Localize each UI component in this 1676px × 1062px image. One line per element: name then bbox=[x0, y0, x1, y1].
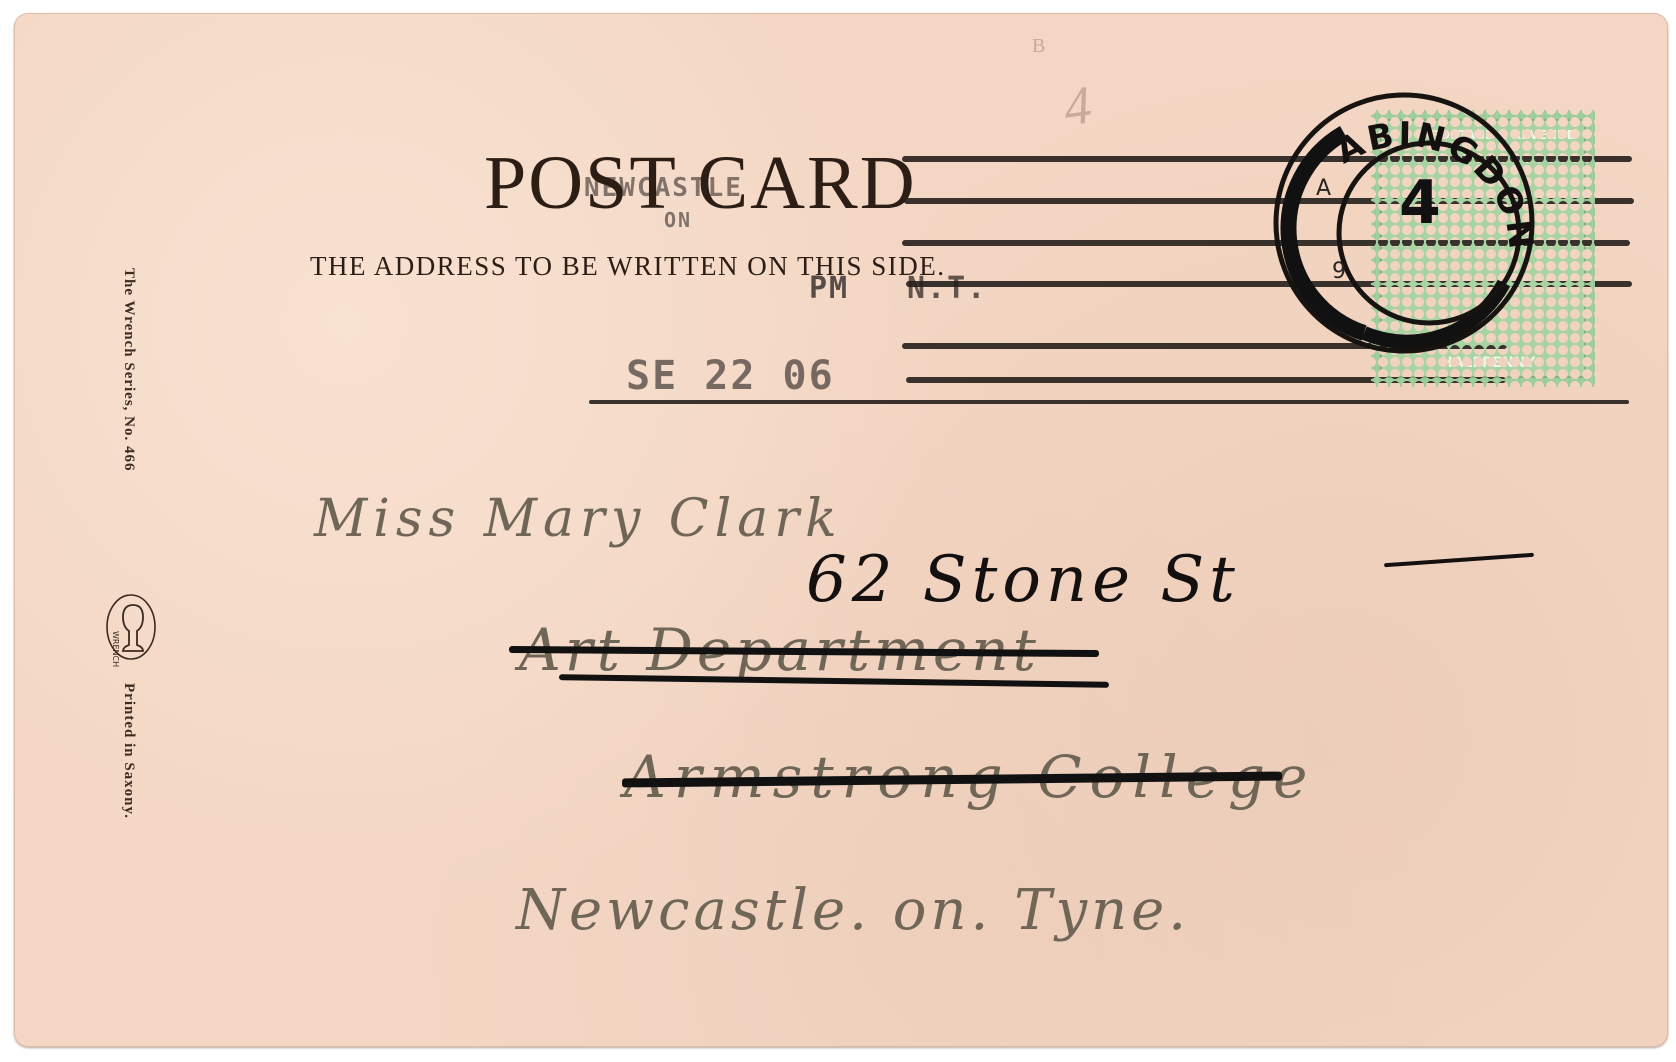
faint-pencil-mark: 4 bbox=[1060, 73, 1095, 138]
svg-text:9: 9 bbox=[1332, 259, 1346, 284]
postcard: B 4 NEWCASTLE ON PM N.T. SE 22 06 POST C… bbox=[14, 13, 1668, 1047]
postmark-icon: ABINGDON A 4 9 bbox=[1254, 73, 1574, 393]
address-line-recipient: Miss Mary Clark bbox=[314, 493, 843, 545]
address-line-street: 62 Stone St bbox=[806, 548, 1240, 612]
faint-pencil-mark: B bbox=[1032, 35, 1045, 58]
wrench-logo-icon: WRENCH bbox=[103, 591, 159, 663]
svg-text:4: 4 bbox=[1399, 168, 1441, 238]
publisher-line: The Wrench Series, No. 466 bbox=[120, 268, 137, 472]
address-instruction: THE ADDRESS TO BE WRITTEN ON THIS SIDE. bbox=[310, 253, 946, 280]
machine-cancel-date: SE 22 06 bbox=[626, 353, 835, 399]
postcard-title: POST CARD bbox=[484, 145, 917, 221]
svg-text:WRENCH: WRENCH bbox=[111, 631, 120, 667]
svg-text:A: A bbox=[1316, 176, 1331, 201]
printed-in-line: Printed in Saxony. bbox=[120, 683, 137, 819]
street-underline-flourish bbox=[1384, 553, 1534, 567]
address-line-city: Newcastle. on. Tyne. bbox=[516, 883, 1190, 939]
